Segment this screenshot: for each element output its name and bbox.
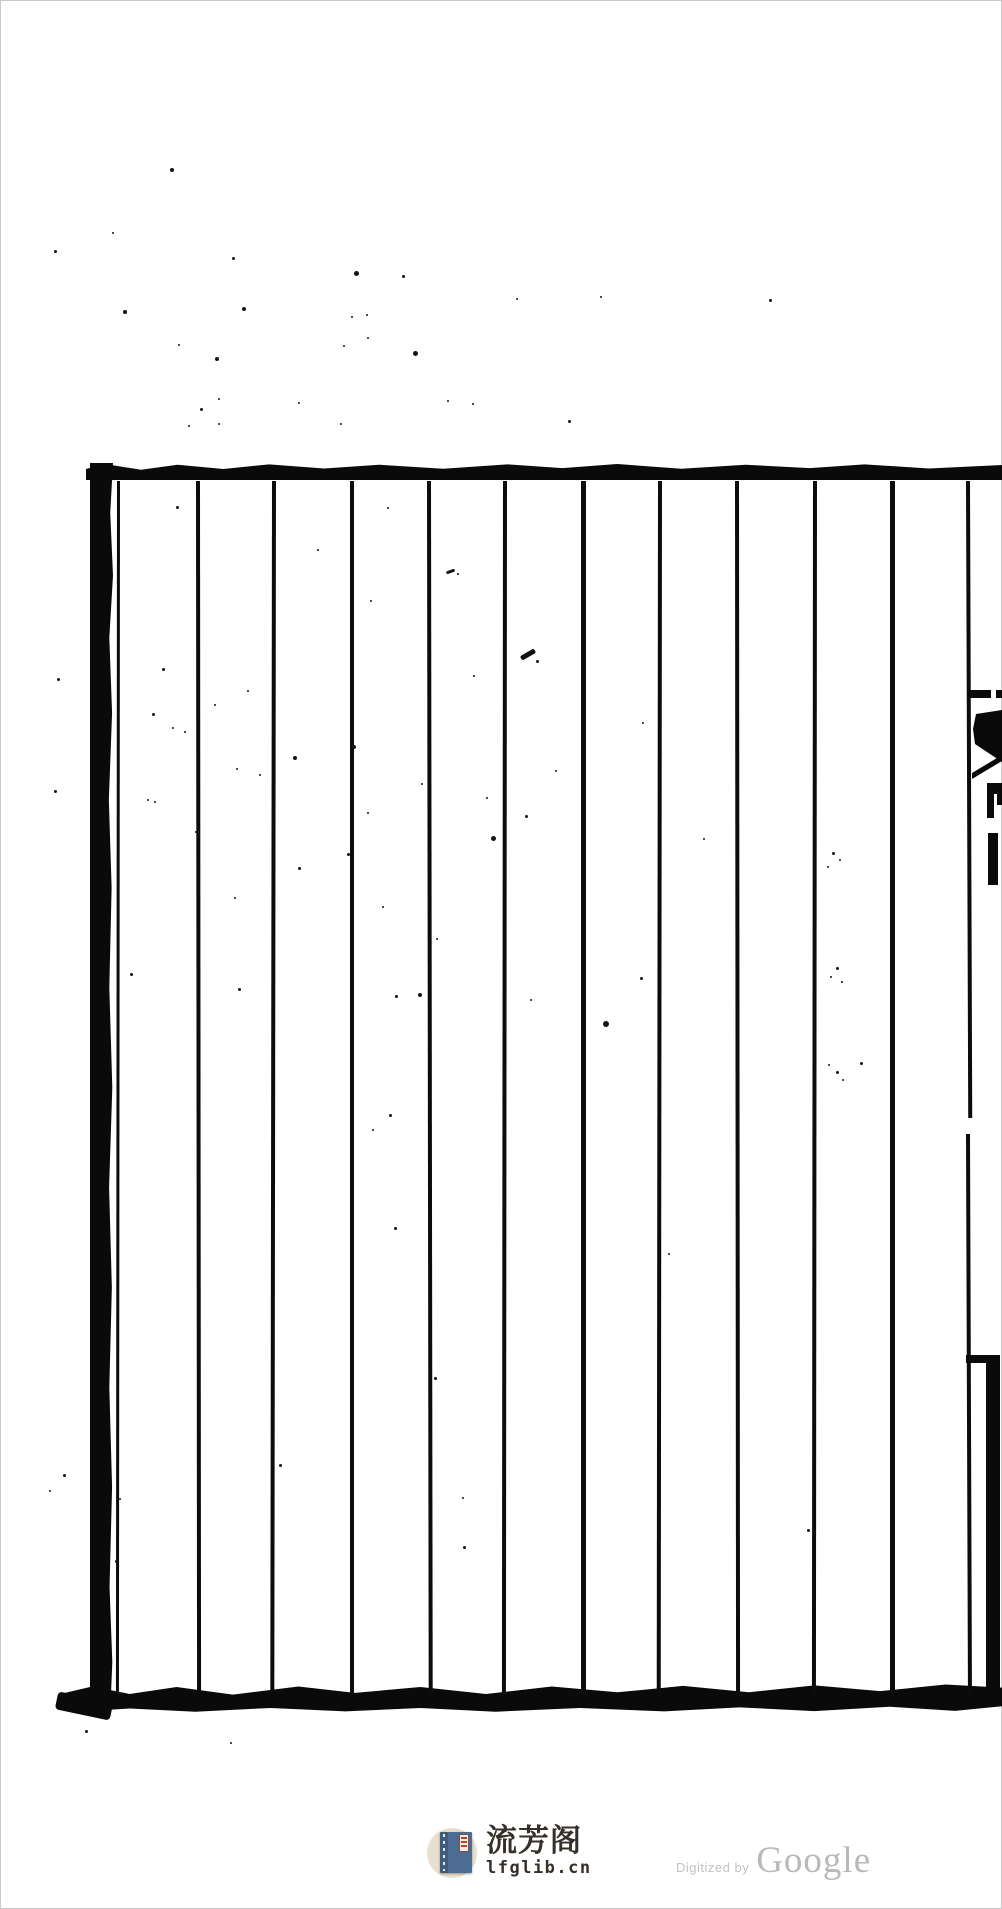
ink-speck (351, 316, 353, 318)
ink-speck (402, 275, 405, 278)
centerfold-marks (0, 0, 1002, 1909)
ink-speck (703, 838, 705, 840)
ink-speck (367, 812, 369, 814)
centerfold-bottom-bar (986, 1357, 1000, 1703)
ink-speck (395, 995, 398, 998)
column-line (350, 481, 354, 1694)
glyph-fragment (987, 793, 994, 818)
ink-speck (54, 250, 57, 253)
ink-speck (354, 271, 359, 276)
ink-speck (473, 675, 475, 677)
ink-speck (214, 704, 216, 706)
ink-speck (195, 831, 197, 833)
ink-speck (218, 398, 220, 400)
ink-speck (387, 507, 389, 509)
ink-speck (115, 1560, 118, 1563)
column-line (966, 1134, 972, 1694)
ink-speck (389, 1114, 392, 1117)
ink-speck (457, 573, 459, 575)
watermark-site-url: lfglib.cn (486, 1859, 592, 1878)
centerfold-box-top (966, 1355, 1000, 1363)
ink-speck (828, 1064, 830, 1066)
ink-speck (413, 351, 418, 356)
ink-speck (347, 853, 350, 856)
ink-speck (215, 357, 219, 361)
ink-speck (382, 906, 384, 908)
ink-speck (152, 713, 155, 716)
ink-speck (367, 337, 369, 339)
ink-speck (640, 977, 643, 980)
watermark-site-name: 流芳阁 (486, 1824, 592, 1858)
ink-speck (642, 722, 644, 724)
ink-speck (234, 897, 236, 899)
book-stitches (443, 1834, 445, 1871)
ink-speck (112, 232, 114, 234)
ink-speck (298, 402, 300, 404)
ink-speck (603, 1021, 609, 1027)
ink-speck (530, 999, 532, 1001)
ink-speck (130, 973, 133, 976)
column-line (966, 481, 972, 1118)
fishtail-mark-icon (973, 710, 1002, 762)
fold-dash (996, 690, 1002, 698)
ink-speck (343, 345, 345, 347)
ink-speck (486, 797, 488, 799)
column-line (427, 481, 433, 1694)
column-line (502, 481, 507, 1694)
ink-speck (472, 403, 474, 405)
column-line (812, 481, 817, 1694)
ink-speck (370, 600, 372, 602)
fold-dash (969, 690, 991, 698)
column-line (116, 481, 120, 1694)
ink-speck (238, 988, 241, 991)
ink-speck (340, 423, 342, 425)
ink-speck (176, 506, 179, 509)
ink-speck (85, 1730, 88, 1733)
ink-speck (188, 425, 190, 427)
column-line (270, 481, 276, 1694)
ink-speck (421, 783, 423, 785)
scratch-mark (520, 648, 536, 660)
column-line (657, 481, 662, 1694)
ink-speck (366, 314, 368, 316)
ink-speck (54, 790, 57, 793)
ink-speck (178, 344, 180, 346)
ink-speck (154, 801, 156, 803)
ink-speck (279, 1464, 282, 1467)
ink-speck (860, 1062, 863, 1065)
ink-speck (49, 1490, 51, 1492)
ink-speck (462, 1497, 464, 1499)
ink-speck (232, 257, 235, 260)
digitized-by-label: Digitized by (676, 1860, 749, 1875)
ink-speck (119, 1498, 121, 1500)
column-line (890, 481, 895, 1694)
glyph-fragment (997, 794, 1002, 805)
frame-border-top (86, 463, 1002, 480)
ink-speck (394, 1227, 397, 1230)
column-line (735, 481, 740, 1694)
ink-speck (839, 859, 841, 861)
ink-speck (147, 799, 149, 801)
digitized-by-google: Digitized by Google (676, 1842, 871, 1880)
ink-speck (350, 1245, 352, 1247)
frame-border-bottom (64, 1683, 1002, 1712)
ink-speck (259, 774, 261, 776)
ink-speck (832, 852, 835, 855)
ink-speck (769, 299, 772, 302)
ink-speck (807, 1529, 810, 1532)
ink-speck (218, 423, 220, 425)
ink-speck (242, 307, 246, 311)
lfglib-logo-icon (427, 1828, 477, 1878)
ink-speck (555, 770, 557, 772)
ink-speck (247, 690, 249, 692)
ink-speck (293, 756, 297, 760)
frame-border-left (90, 463, 113, 1712)
ink-speck (525, 815, 528, 818)
ink-speck (463, 1546, 466, 1549)
ink-speck (172, 727, 174, 729)
ink-speck (298, 867, 301, 870)
ink-speck (568, 420, 571, 423)
ink-speck (352, 745, 356, 749)
ink-speck (317, 549, 319, 551)
book-title-label (460, 1835, 468, 1851)
column-line (581, 481, 586, 1694)
watermark-text: 流芳阁 lfglib.cn (486, 1824, 592, 1878)
column-line (196, 481, 201, 1694)
book-icon (440, 1832, 472, 1873)
ink-speck (491, 836, 496, 841)
ink-speck (668, 1253, 670, 1255)
ink-speck (271, 1098, 273, 1100)
ink-speck (434, 1377, 437, 1380)
ink-speck (63, 1474, 66, 1477)
fishtail-band (972, 755, 1002, 779)
ink-speck (447, 400, 449, 402)
ink-speck (162, 668, 165, 671)
ink-speck (418, 993, 422, 997)
ink-speck (516, 298, 518, 300)
ink-speck (836, 967, 839, 970)
ink-speck (184, 731, 186, 733)
ink-speck (842, 1079, 844, 1081)
ink-speck (436, 938, 438, 940)
ink-speck (200, 408, 203, 411)
ink-speck (57, 678, 60, 681)
ink-speck (372, 1129, 374, 1131)
ink-speck (827, 866, 829, 868)
ink-speck (830, 976, 832, 978)
ink-speck (836, 1071, 839, 1074)
ink-speck (170, 168, 174, 172)
scanned-book-page: 流芳阁 lfglib.cn Digitized by Google (0, 0, 1002, 1909)
glyph-fragment (988, 833, 998, 885)
ink-speck (230, 1742, 232, 1744)
ink-speck (600, 296, 602, 298)
scratch-mark (446, 569, 455, 575)
ink-speck (536, 660, 539, 663)
google-logo: Google (756, 1842, 871, 1880)
ink-speck (123, 310, 127, 314)
ink-speck (236, 768, 238, 770)
ink-speck (841, 981, 843, 983)
